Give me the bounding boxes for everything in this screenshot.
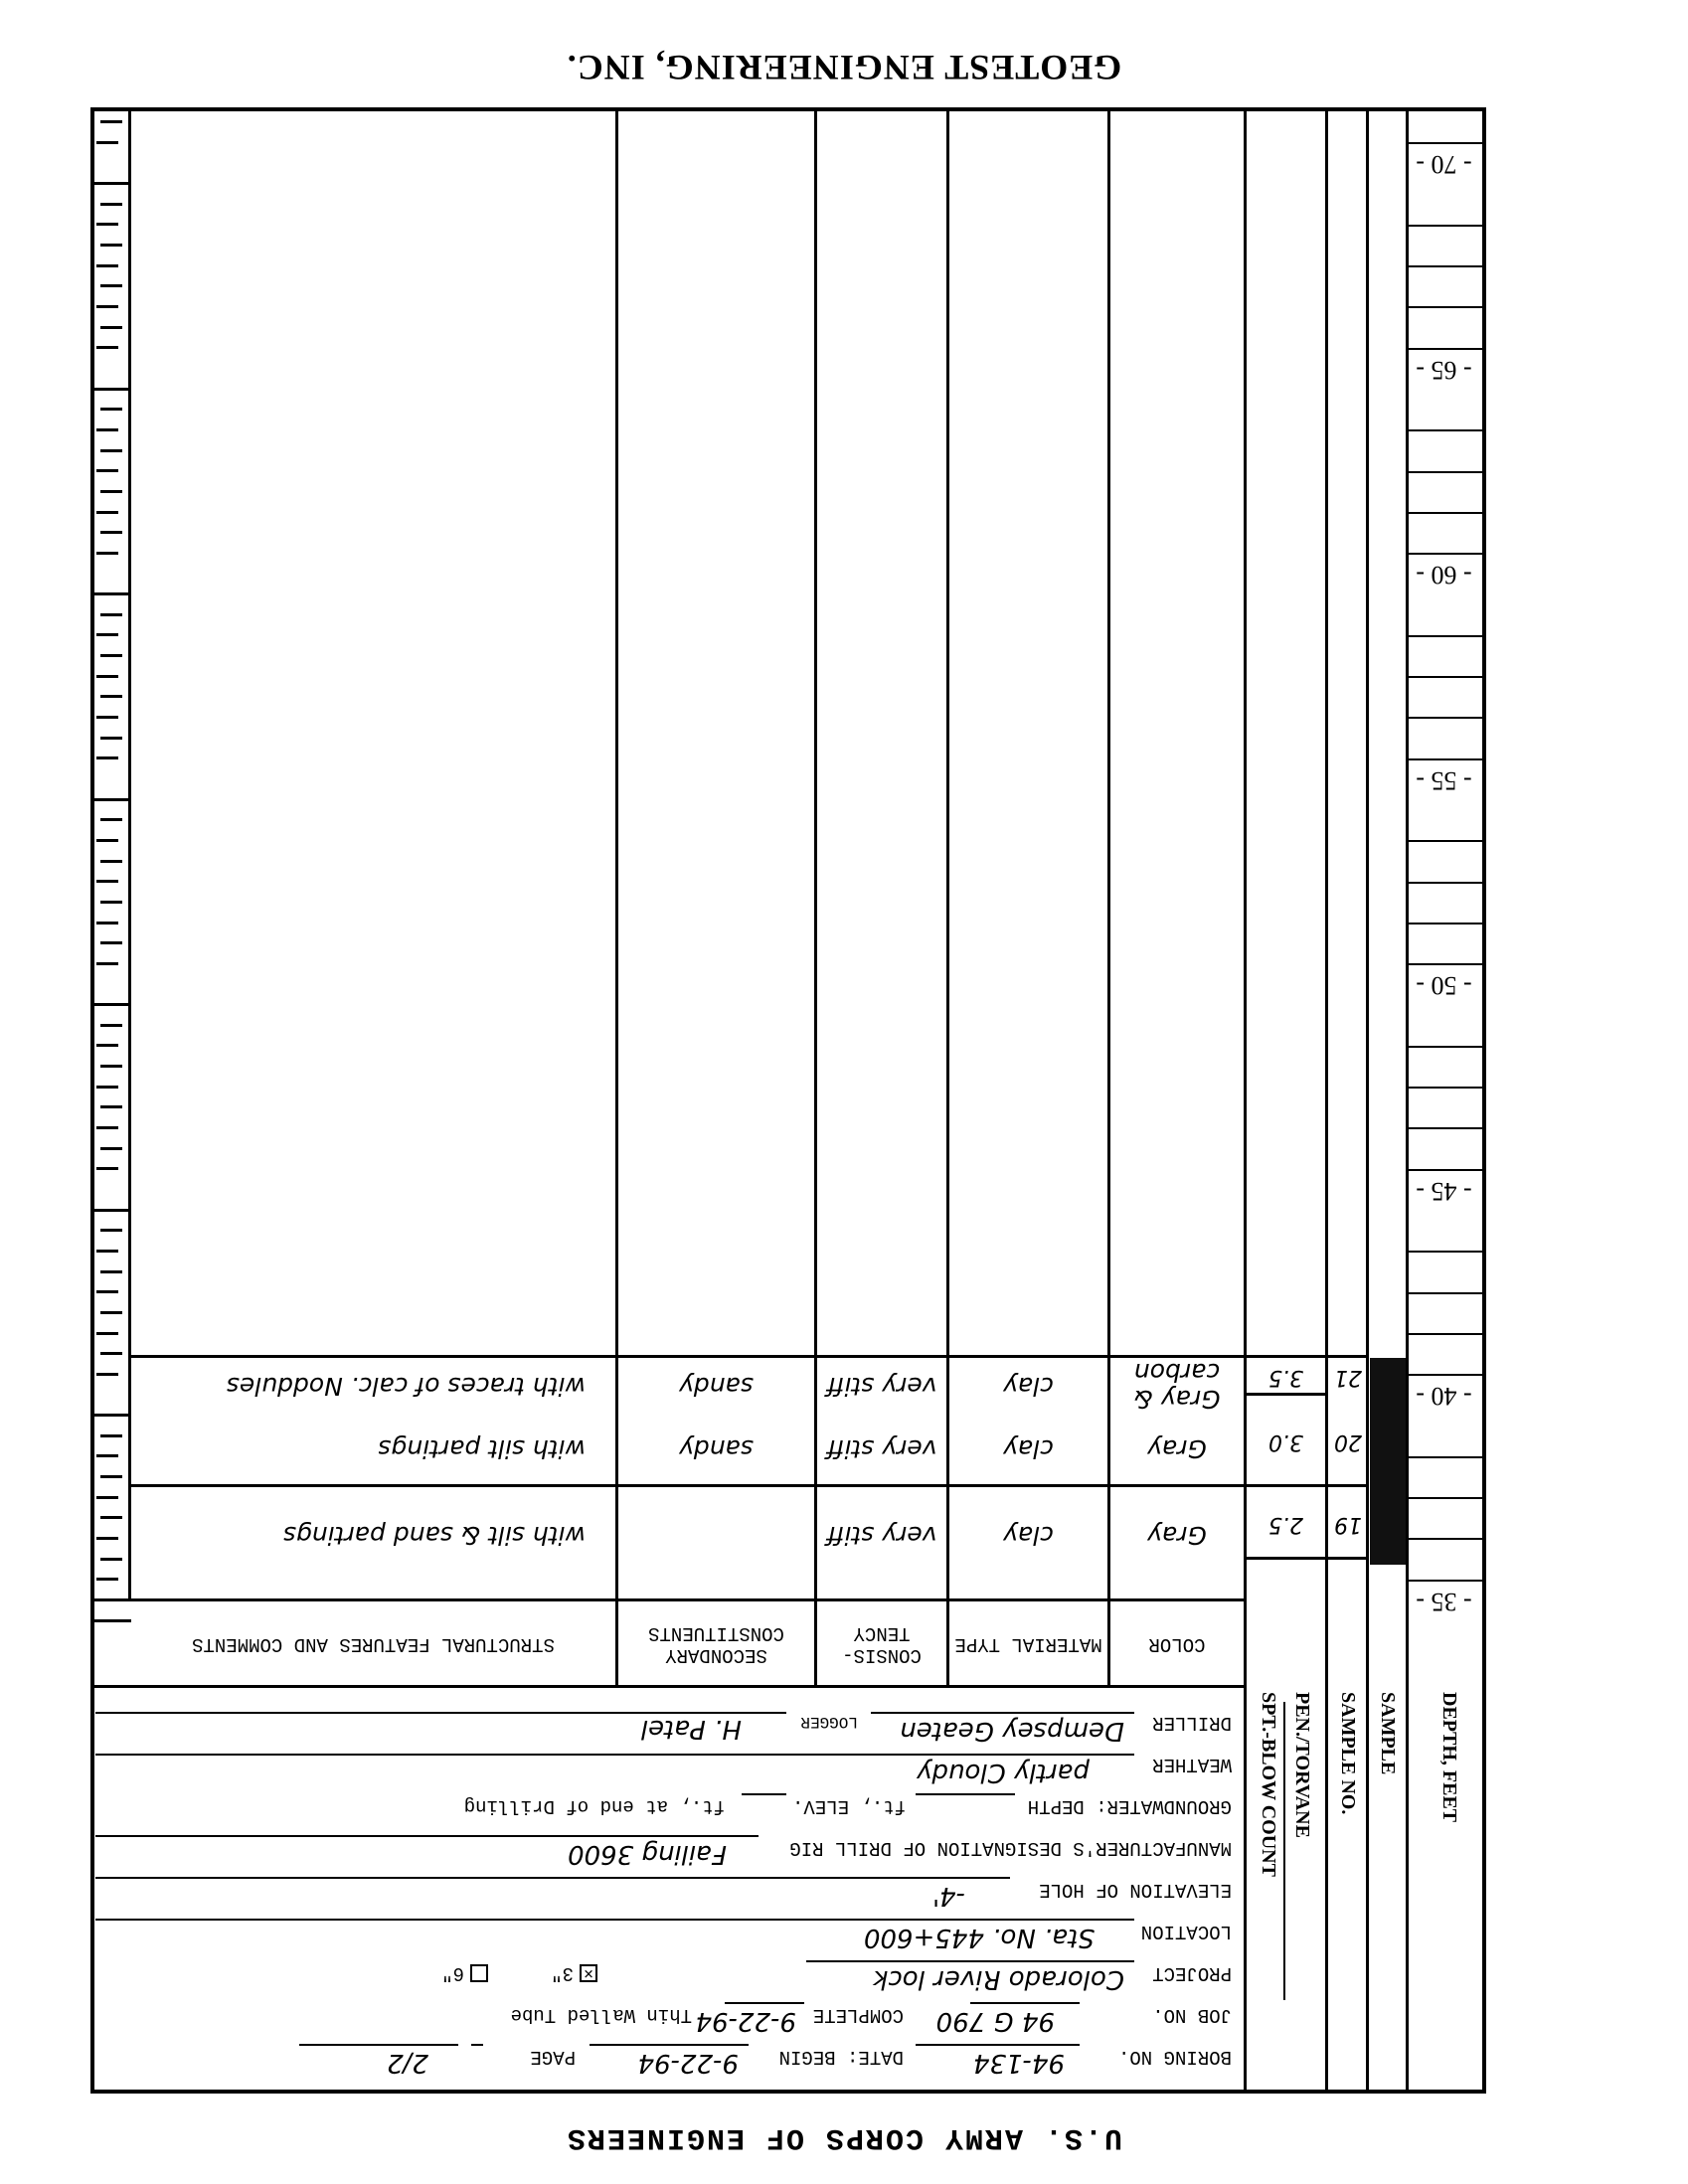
depth-tick-mark bbox=[96, 1167, 118, 1170]
depth-grid-line bbox=[1409, 635, 1482, 637]
boring-no-underline bbox=[916, 2044, 1080, 2046]
depth-grid-line bbox=[1409, 1169, 1482, 1171]
depth-tick bbox=[100, 1065, 122, 1068]
consistency-cell: very stiff bbox=[817, 1414, 946, 1483]
depth-grid-line bbox=[1409, 1251, 1482, 1253]
depth-grid-line bbox=[1409, 923, 1482, 924]
depth-label: - 65 - bbox=[1406, 357, 1482, 383]
depth-tick bbox=[100, 1311, 122, 1314]
elevation-label: ELEVATION OF HOLE bbox=[1039, 1880, 1232, 1899]
rig-label: MANUFACTURER'S DESIGNATION OF DRILL RIG bbox=[789, 1838, 1232, 1857]
depth-grid-line bbox=[1409, 1087, 1482, 1089]
groundwater-depth-underline bbox=[916, 1793, 1015, 1795]
elevation-underline bbox=[95, 1877, 1010, 1879]
depth-tick bbox=[100, 1475, 122, 1478]
depth-grid-line bbox=[1409, 1456, 1482, 1458]
depth-tick-mark bbox=[96, 511, 118, 514]
depth-grid-line bbox=[1409, 429, 1482, 431]
sample-column-divider bbox=[1366, 107, 1369, 2090]
comments-cell: with traces of calc. Noddules bbox=[131, 1358, 615, 1414]
sample-no-cell: 21 bbox=[1328, 1358, 1368, 1396]
depth-tick bbox=[100, 1229, 122, 1232]
depth-tick-mark bbox=[96, 1414, 118, 1417]
sample-no-cell: 19 bbox=[1328, 1487, 1368, 1560]
pen-value-cell: 3.5 bbox=[1247, 1358, 1325, 1396]
depth-tick bbox=[100, 408, 122, 411]
checkbox-checked-icon[interactable]: ✕ bbox=[580, 1964, 597, 1982]
tube-3in-label: 3" bbox=[551, 1962, 574, 1984]
depth-tick bbox=[100, 818, 122, 821]
depth-grid-line bbox=[1409, 225, 1482, 227]
depth-tick bbox=[100, 203, 122, 206]
depth-tick-mark bbox=[96, 1373, 118, 1376]
depth-grid-line bbox=[1409, 142, 1482, 144]
complete-underline bbox=[725, 2002, 804, 2004]
pen-value-cell: 2.5 bbox=[1247, 1487, 1325, 1560]
depth-tick bbox=[100, 654, 122, 657]
depth-tick bbox=[100, 695, 122, 698]
color-cell: Gray bbox=[1110, 1414, 1244, 1483]
depth-tick-mark bbox=[96, 428, 118, 431]
consistency-cell: very stiff bbox=[817, 1487, 946, 1583]
depth-tick-mark bbox=[96, 1290, 118, 1293]
depth-grid-line bbox=[1409, 1046, 1482, 1048]
depth-grid-line bbox=[1409, 676, 1482, 678]
comments-cell: with silt partings bbox=[131, 1414, 615, 1483]
page-label: PAGE bbox=[530, 2047, 576, 2066]
depth-tick-mark bbox=[96, 469, 118, 472]
date-complete-value: 9-22-94 bbox=[696, 2008, 796, 2034]
logger-value: H. Patel bbox=[641, 1716, 742, 1742]
material-cell: clay bbox=[949, 1358, 1107, 1414]
depth-tick-mark bbox=[96, 552, 118, 555]
depth-grid-line bbox=[1409, 1292, 1482, 1294]
rig-underline bbox=[95, 1835, 759, 1837]
depth-grid-line bbox=[1409, 1333, 1482, 1335]
depth-grid-line bbox=[1409, 882, 1482, 884]
tube-6in-option[interactable]: 6" bbox=[441, 1963, 488, 1982]
sample-no-header: SAMPLE NO. bbox=[1336, 1692, 1359, 1990]
depth-tick-mark bbox=[96, 1250, 118, 1253]
depth-tick-mark bbox=[96, 223, 118, 226]
depth-grid-line bbox=[1409, 306, 1482, 308]
depth-grid-line bbox=[1409, 471, 1482, 473]
boring-no-value: 94-134 bbox=[973, 2050, 1065, 2076]
project-value: Colorado River lock bbox=[873, 1966, 1124, 1992]
depth-column-divider bbox=[1406, 107, 1409, 2090]
consistency-cell: very stiff bbox=[817, 1358, 946, 1414]
page-underline-b bbox=[299, 2044, 458, 2046]
depth-tick bbox=[100, 120, 122, 123]
depth-tick-mark bbox=[96, 839, 118, 842]
depth-tick bbox=[100, 490, 122, 493]
secondary-cell: sandy bbox=[618, 1414, 814, 1483]
depth-tick-mark bbox=[96, 1537, 118, 1540]
depth-tick-mark bbox=[96, 716, 118, 719]
groundwater-elev-label: ft., ELEV. bbox=[792, 1796, 906, 1815]
color-column-header: COLOR bbox=[1110, 1601, 1244, 1685]
depth-grid-line bbox=[1409, 553, 1482, 555]
depth-tick-mark bbox=[96, 1496, 118, 1499]
depth-tick bbox=[100, 1147, 122, 1150]
driller-label: DRILLER bbox=[1152, 1713, 1232, 1732]
depth-grid-line bbox=[1409, 1127, 1482, 1129]
depth-tick-mark bbox=[96, 633, 118, 636]
date-begin-underline bbox=[590, 2044, 749, 2046]
depth-tick-mark bbox=[96, 1126, 118, 1129]
depth-grid-line bbox=[1409, 265, 1482, 267]
logger-underline bbox=[95, 1712, 786, 1714]
company-title: GEOTEST ENGINEERING, INC. bbox=[0, 47, 1688, 88]
material-type-column-header: MATERIAL TYPE bbox=[949, 1601, 1107, 1685]
boring-log-form: BORING NO. 94-134 DATE: BEGIN 9-22-94 PA… bbox=[90, 107, 1486, 2094]
depth-label: - 35 - bbox=[1406, 1589, 1482, 1614]
depth-tick-mark bbox=[96, 1209, 118, 1212]
depth-feet-header: DEPTH, FEET bbox=[1437, 1692, 1460, 1990]
tube-6in-label: 6" bbox=[441, 1962, 464, 1984]
page-value: 2/2 bbox=[387, 2050, 428, 2076]
spt-blow-count-header: SPT.-BLOW COUNT bbox=[1257, 1692, 1279, 2000]
sample-no-column-divider bbox=[1325, 107, 1328, 2090]
groundwater-elev-underline bbox=[742, 1793, 786, 1795]
depth-tick-mark bbox=[96, 1332, 118, 1335]
depth-tick bbox=[100, 737, 122, 740]
depth-grid-line bbox=[1409, 1374, 1482, 1376]
depth-tick-mark bbox=[96, 305, 118, 308]
job-no-label: JOB NO. bbox=[1152, 2005, 1232, 2024]
weather-value: partly Cloudy bbox=[917, 1760, 1090, 1785]
material-cell: clay bbox=[949, 1414, 1107, 1483]
depth-grid-line bbox=[1409, 1580, 1482, 1582]
depth-tick bbox=[100, 284, 122, 287]
checkbox-empty-icon[interactable] bbox=[470, 1964, 488, 1982]
agency-title: U.S. ARMY CORPS OF ENGINEERS bbox=[0, 2120, 1688, 2154]
depth-label: - 50 - bbox=[1406, 972, 1482, 998]
depth-tick bbox=[100, 941, 122, 944]
depth-tick-mark bbox=[96, 756, 118, 759]
depth-label: - 55 - bbox=[1406, 767, 1482, 793]
comments-cell: with silt & sand partings bbox=[131, 1487, 615, 1583]
pen-value-cell: 3.0 bbox=[1247, 1396, 1325, 1487]
weather-label: WEATHER bbox=[1152, 1755, 1232, 1773]
depth-grid-line bbox=[1409, 963, 1482, 965]
depth-tick bbox=[100, 901, 122, 904]
depth-label: - 70 - bbox=[1406, 151, 1482, 177]
pen-spt-divider bbox=[1283, 1702, 1285, 2000]
logger-label: LOGGER bbox=[800, 1714, 858, 1730]
depth-tick bbox=[100, 860, 122, 863]
depth-tick-mark bbox=[96, 264, 118, 267]
color-cell: Gray bbox=[1110, 1487, 1244, 1583]
depth-tick bbox=[100, 1105, 122, 1108]
depth-tick-mark bbox=[96, 1003, 118, 1006]
secondary-constituents-column-header: SECONDARY CONSTITUENTS bbox=[618, 1601, 814, 1685]
depth-grid-line bbox=[1409, 512, 1482, 514]
driller-underline bbox=[871, 1712, 1134, 1714]
depth-tick-mark bbox=[96, 182, 118, 185]
depth-tick bbox=[100, 244, 122, 247]
sample-header: SAMPLE bbox=[1376, 1692, 1399, 1990]
depth-tick bbox=[100, 1516, 122, 1519]
depth-tick-mark bbox=[96, 880, 118, 883]
project-label: PROJECT bbox=[1152, 1963, 1232, 1982]
header-block-bottom-line bbox=[90, 1685, 1247, 1688]
job-no-underline bbox=[970, 2002, 1080, 2004]
weather-underline bbox=[95, 1754, 1134, 1756]
material-cell: clay bbox=[949, 1487, 1107, 1583]
location-underline bbox=[95, 1919, 1134, 1921]
page-underline-a bbox=[471, 2044, 483, 2046]
pen-torvane-header: PEN./TORVANE bbox=[1290, 1692, 1313, 2000]
sample-tube-bar bbox=[1370, 1358, 1406, 1565]
depth-major-box-line bbox=[90, 1619, 131, 1622]
project-underline bbox=[806, 1960, 1134, 1962]
depth-tick-mark bbox=[96, 1454, 118, 1457]
depth-grid-line bbox=[1409, 758, 1482, 760]
depth-tick-mark bbox=[96, 798, 118, 801]
secondary-cell bbox=[618, 1487, 814, 1583]
location-value: Sta. No. 445+600 bbox=[864, 1925, 1095, 1950]
sample-no-cell: 20 bbox=[1328, 1396, 1368, 1487]
groundwater-end-label: ft., at end of Drilling bbox=[464, 1796, 725, 1815]
sampler-type-label: Thin Walled Tube bbox=[511, 2005, 692, 2024]
depth-tick-mark bbox=[96, 675, 118, 678]
depth-tick-mark bbox=[96, 1086, 118, 1089]
depth-tick-mark bbox=[96, 346, 118, 349]
depth-tick bbox=[100, 326, 122, 329]
rig-value: Failing 3600 bbox=[568, 1841, 727, 1867]
depth-label: - 45 - bbox=[1406, 1178, 1482, 1204]
depth-tick bbox=[100, 449, 122, 452]
complete-label: COMPLETE bbox=[813, 2005, 904, 2024]
date-begin-label: DATE: BEGIN bbox=[779, 2047, 904, 2066]
depth-tick bbox=[100, 531, 122, 534]
depth-tick bbox=[100, 1434, 122, 1437]
depth-grid-line bbox=[1409, 840, 1482, 842]
depth-grid-line bbox=[1409, 1538, 1482, 1540]
depth-tick-mark bbox=[96, 922, 118, 924]
pen-column-divider bbox=[1244, 107, 1247, 2090]
depth-tick-mark bbox=[96, 592, 118, 595]
location-label: LOCATION bbox=[1141, 1922, 1232, 1940]
depth-grid-line bbox=[1409, 717, 1482, 719]
depth-tick bbox=[100, 1352, 122, 1355]
depth-tick-mark bbox=[96, 388, 118, 391]
depth-tick bbox=[100, 1558, 122, 1561]
depth-tick bbox=[100, 1024, 122, 1027]
consistency-column-header: CONSIS- TENCY bbox=[817, 1601, 946, 1685]
secondary-cell: sandy bbox=[618, 1358, 814, 1414]
depth-label: - 40 - bbox=[1406, 1383, 1482, 1409]
depth-tick-mark bbox=[96, 1044, 118, 1047]
elevation-value: -4' bbox=[932, 1883, 965, 1909]
tube-3in-option[interactable]: ✕3" bbox=[551, 1963, 597, 1982]
driller-value: Dempsey Geaten bbox=[900, 1718, 1124, 1744]
depth-tick-mark bbox=[96, 1578, 118, 1581]
depth-tick bbox=[100, 613, 122, 616]
depth-grid-line bbox=[1409, 348, 1482, 350]
color-cell: Gray & carbon bbox=[1110, 1358, 1244, 1414]
boring-no-label: BORING NO. bbox=[1118, 2047, 1232, 2066]
depth-tick-mark bbox=[96, 962, 118, 965]
groundwater-label: GROUNDWATER: DEPTH bbox=[1028, 1796, 1232, 1815]
depth-label: - 60 - bbox=[1406, 562, 1482, 588]
depth-grid-line bbox=[1409, 1497, 1482, 1499]
depth-tick bbox=[100, 1270, 122, 1273]
depth-tick-mark bbox=[96, 141, 118, 144]
date-begin-value: 9-22-94 bbox=[638, 2050, 739, 2076]
boring-log-page: GEOTEST ENGINEERING, INC. U.S. ARMY CORP… bbox=[0, 0, 1688, 2184]
job-no-value: 94 G 790 bbox=[936, 2008, 1055, 2034]
structural-features-column-header: STRUCTURAL FEATURES AND COMMENTS bbox=[131, 1601, 615, 1685]
